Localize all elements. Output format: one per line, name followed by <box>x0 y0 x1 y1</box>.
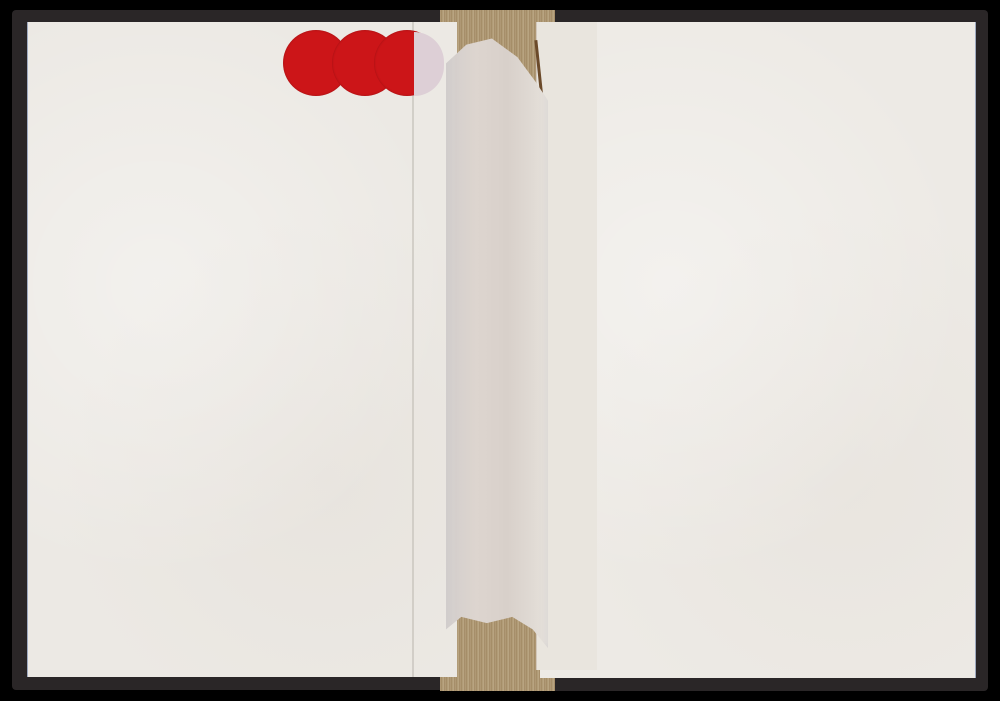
left-edge-line <box>27 22 28 677</box>
paper-tape-strip <box>446 26 548 648</box>
right-edge-line <box>975 22 976 678</box>
right-endpaper <box>540 22 976 678</box>
left-hinge-crease <box>412 22 414 677</box>
left-endpaper <box>27 22 457 677</box>
